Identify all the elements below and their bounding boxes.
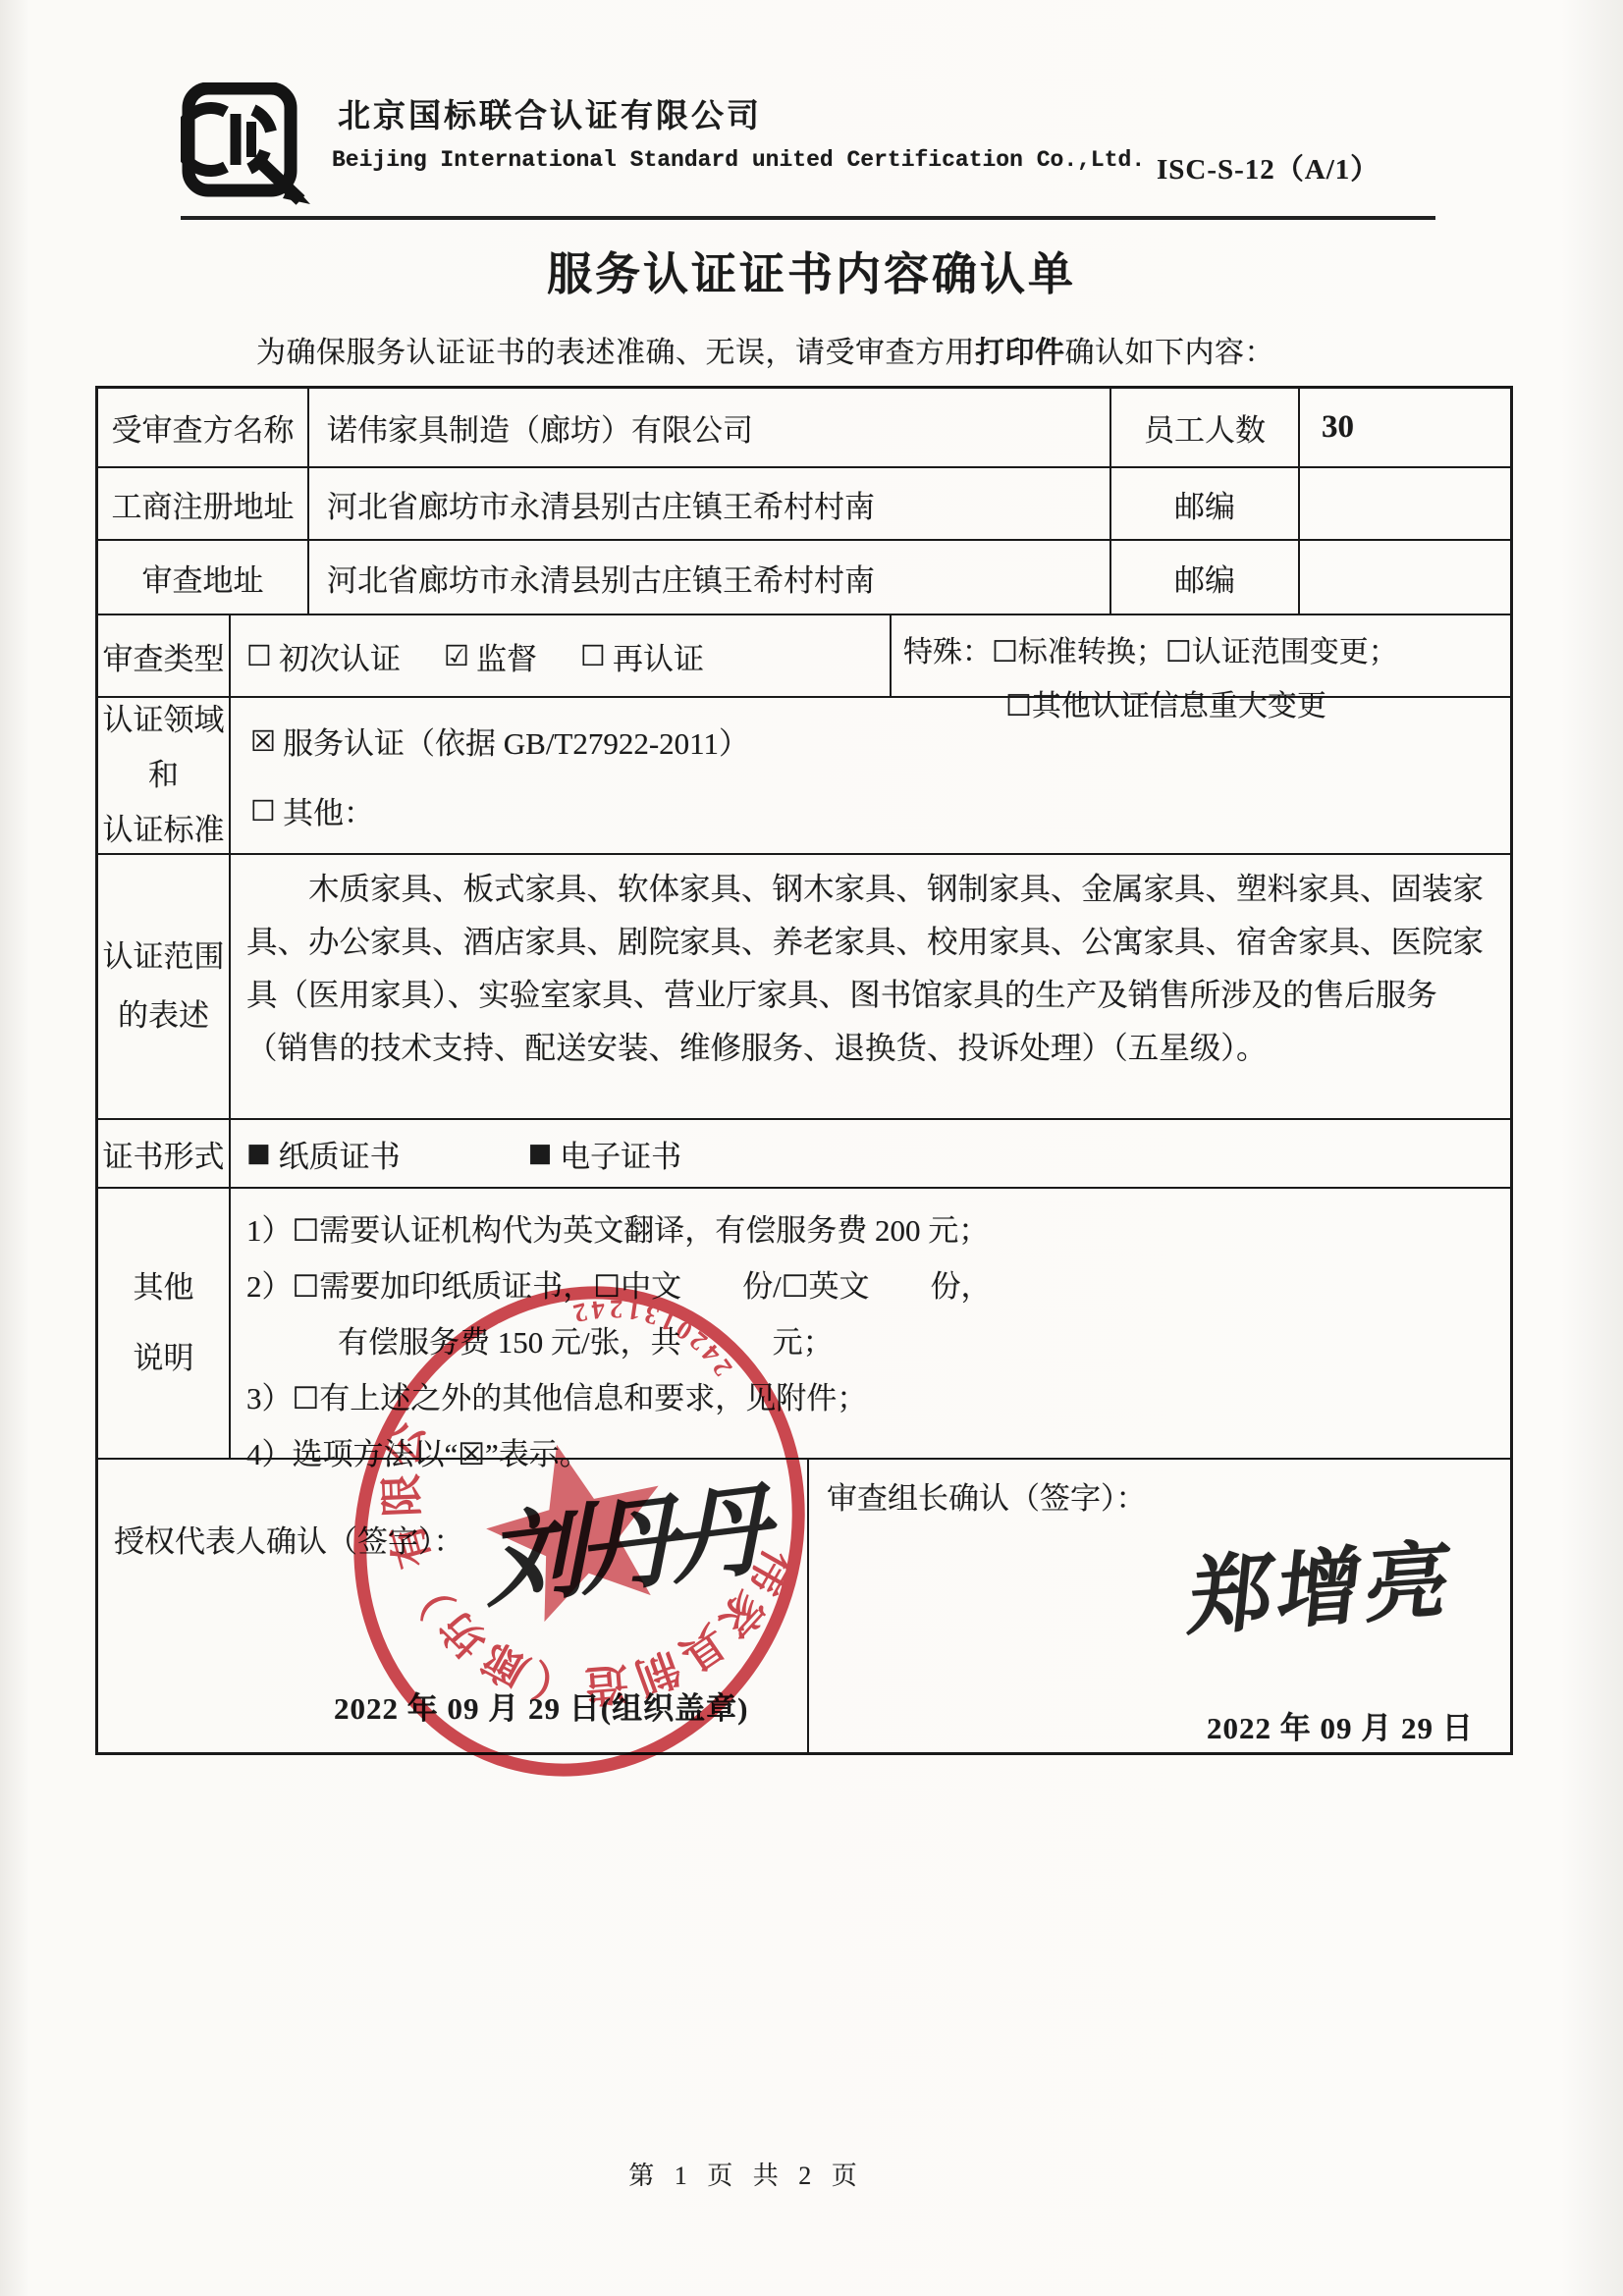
page-footer: 第 1 页 共 2 页 [0, 2156, 1492, 2192]
registered-address-value: 河北省廊坊市永清县别古庄镇王希村村南 [307, 468, 1109, 539]
zip-label: 邮编 [1109, 468, 1298, 539]
label-line: 认证标准 [103, 803, 225, 858]
form-number: ISC-S-12（A/1） [1157, 147, 1380, 187]
audit-address-value: 河北省廊坊市永清县别古庄镇王希村村南 [307, 541, 1109, 614]
option-label: 纸质证书 [279, 1132, 401, 1176]
document-title: 服务认证证书内容确认单 [0, 239, 1623, 303]
checkbox-crossed-icon: ☒ [250, 724, 276, 758]
special-audit-options: 特殊：☐标准转换；☐认证范围变更； ☐其他认证信息重大变更 [890, 615, 1510, 696]
audit-address-label: 审查地址 [98, 541, 307, 614]
option-label: 服务认证（依据 GB/T27922-2011） [283, 719, 749, 763]
zip-label: 邮编 [1109, 541, 1298, 614]
row-certification-field: 认证领域 和 认证标准 ☒服务认证（依据 GB/T27922-2011） ☐其他… [98, 696, 1510, 853]
registered-address-label: 工商注册地址 [98, 468, 307, 539]
option-recertification: ☐再认证 [580, 634, 704, 678]
audit-team-leader-cell: 审查组长确认（签字）： 郑增亮 2022 年 09 月 29 日 [807, 1460, 1510, 1752]
label-line: 的表述 [118, 987, 209, 1045]
row-certificate-form: 证书形式 ■纸质证书 ■电子证书 [98, 1118, 1510, 1187]
intro-pre: 为确保服务认证证书的表述准确、无误，请受审查方用 [256, 337, 975, 369]
option-electronic-certificate: ■电子证书 [528, 1132, 682, 1176]
intro-line: 为确保服务认证证书的表述准确、无误，请受审查方用打印件确认如下内容： [256, 328, 1274, 371]
row-certification-scope: 认证范围 的表述 木质家具、板式家具、软体家具、钢木家具、钢制家具、金属家具、塑… [98, 853, 1510, 1118]
intro-post: 确认如下内容： [1065, 337, 1275, 369]
certificate-form-options: ■纸质证书 ■电子证书 [229, 1120, 1510, 1187]
zip-value [1298, 541, 1510, 614]
staff-count-value: 30 [1298, 389, 1510, 466]
audit-team-leader-date: 2022 年 09 月 29 日 [1207, 1703, 1474, 1747]
option-paper-certificate: ■纸质证书 [246, 1132, 401, 1176]
row-audit-type: 审查类型 ☐初次认证 ☑监督 ☐再认证 特殊：☐标准转换；☐认证范围变更； ☐其… [98, 614, 1510, 696]
company-seal-stamp: 诺伟家具制造（廊坊）有限公司 2420131242 [346, 1272, 813, 1790]
auditee-name-label: 受审查方名称 [98, 389, 307, 466]
option-label: 初次认证 [279, 634, 401, 678]
audit-type-label: 审查类型 [98, 615, 229, 696]
checkbox-checked-icon: ☑ [444, 639, 469, 672]
option-service-certification: ☒服务认证（依据 GB/T27922-2011） [250, 719, 1510, 763]
zip-value [1298, 468, 1510, 539]
label-line: 认证领域 [103, 693, 225, 748]
scanned-document-page: 北京国标联合认证有限公司 Beijing International Stand… [0, 0, 1623, 2296]
company-name-en: Beijing International Standard united Ce… [332, 147, 1145, 173]
option-other-standard: ☐其他： [250, 788, 1510, 832]
certificate-form-label: 证书形式 [98, 1120, 229, 1187]
label-line: 和 [148, 748, 179, 803]
option-label: 电子证书 [560, 1132, 681, 1176]
company-name-cn: 北京国标联合认证有限公司 [338, 90, 762, 136]
option-label: 监督 [476, 634, 537, 678]
filled-square-icon: ■ [246, 1139, 271, 1168]
audit-type-options: ☐初次认证 ☑监督 ☐再认证 [229, 615, 890, 696]
checkbox-unchecked-icon: ☐ [250, 794, 276, 828]
auditee-name-value: 诺伟家具制造（廊坊）有限公司 [307, 389, 1109, 466]
audit-team-leader-signature: 郑增亮 [1184, 1511, 1462, 1652]
certification-field-label: 认证领域 和 认证标准 [98, 698, 229, 853]
label-line: 说明 [134, 1323, 194, 1394]
svg-text:诺伟家具制造（廊坊）有限公司: 诺伟家具制造（廊坊）有限公司 [346, 1407, 813, 1790]
certification-scope-text: 木质家具、板式家具、软体家具、钢木家具、钢制家具、金属家具、塑料家具、固装家具、… [229, 855, 1510, 1118]
staff-count-label: 员工人数 [1109, 389, 1298, 466]
stamp-company-name: 诺伟家具制造（廊坊）有限公司 [346, 1407, 813, 1790]
option-initial-certification: ☐初次认证 [246, 634, 401, 678]
certification-body-logo-icon [181, 82, 310, 208]
label-line: 其他 [134, 1253, 194, 1323]
checkbox-unchecked-icon: ☐ [246, 639, 272, 672]
checkbox-unchecked-icon: ☐ [580, 639, 606, 672]
header-divider [181, 216, 1435, 220]
option-surveillance: ☑监督 [444, 634, 537, 678]
row-auditee-name: 受审查方名称 诺伟家具制造（廊坊）有限公司 员工人数 30 [98, 389, 1510, 466]
row-audit-address: 审查地址 河北省廊坊市永清县别古庄镇王希村村南 邮编 [98, 539, 1510, 614]
scope-paragraph: 木质家具、板式家具、软体家具、钢木家具、钢制家具、金属家具、塑料家具、固装家具、… [246, 863, 1488, 1075]
certification-scope-label: 认证范围 的表述 [98, 855, 229, 1118]
special-options-line1: 特殊：☐标准转换；☐认证范围变更； [903, 625, 1502, 679]
filled-square-icon: ■ [528, 1139, 553, 1168]
audit-team-leader-label: 审查组长确认（签字）： [827, 1473, 1147, 1518]
certification-field-options: ☒服务认证（依据 GB/T27922-2011） ☐其他： [229, 698, 1510, 853]
label-line: 认证范围 [103, 928, 225, 987]
option-label: 其他： [283, 788, 374, 832]
stamp-star-icon [470, 1423, 683, 1630]
other-notes-label: 其他 说明 [98, 1189, 229, 1458]
intro-emphasis: 打印件 [975, 337, 1065, 369]
note-item-1: 1）☐需要认证机构代为英文翻译，有偿服务费 200 元； [246, 1202, 1500, 1258]
option-label: 再认证 [613, 634, 704, 678]
row-registered-address: 工商注册地址 河北省廊坊市永清县别古庄镇王希村村南 邮编 [98, 466, 1510, 539]
